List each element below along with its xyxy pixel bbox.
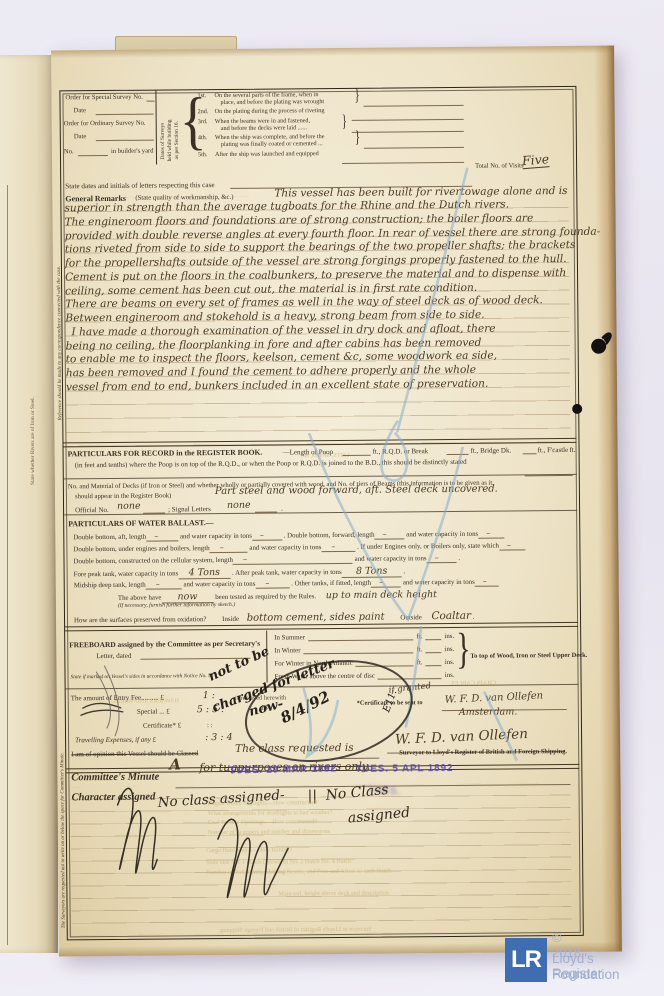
water-ballast-title: PARTICULARS OF WATER BALLAST.— [68, 518, 213, 528]
wb-r4c: . [403, 568, 405, 575]
certificate-sent-city: Amsterdam. [459, 706, 518, 718]
dates-of-surveys-vertical-1: Dates of Surveys [160, 123, 166, 160]
wb-sketch-note: (If necessary, furnish further informati… [118, 602, 235, 609]
special-fee-label: Special ... £ [137, 707, 170, 715]
visit-3-num: 3rd. [198, 118, 208, 125]
fb-summer-label: In Summer [274, 634, 305, 641]
official-no-blank [143, 505, 165, 513]
wb-r7-value2: Coaltar [423, 610, 471, 622]
left-page-border-line [7, 185, 8, 945]
class-requested-value: The class requested is [235, 742, 354, 755]
wb-r2c: . If under Engines only, or Boilers only… [357, 543, 499, 551]
fb-winter-label: In Winter [274, 647, 300, 654]
wb-tick: – [475, 577, 487, 586]
record-title: PARTICULARS FOR RECORD in the REGISTER B… [68, 448, 263, 459]
fb-na-blank [356, 659, 414, 667]
wb-r4b: . After peak tank, water capacity in ton… [232, 569, 342, 577]
special-survey-blank [146, 94, 154, 102]
fb-winter-blank [303, 646, 413, 654]
fb-na-blank2 [426, 659, 442, 666]
wb-tick: – [210, 543, 224, 552]
travel-fee-label: Travelling Expenses, if any £ [75, 736, 156, 745]
signal-letters-value: none [227, 500, 251, 511]
foundation-name-line2: Foundation [552, 967, 620, 982]
wb-tick: – [233, 555, 247, 564]
entry-fee-label: The amount of Entry Fee.......... £ [71, 694, 164, 703]
special-date-blank [96, 107, 154, 116]
wb-r4-value2: 8 Tons [356, 566, 387, 577]
visit-5-blank [342, 155, 464, 164]
freeboard-brace-note: To top of Wood, Iron or Steel Upper Deck… [470, 652, 587, 660]
fb-fresh-blank [378, 672, 442, 680]
class-requested-blank [339, 751, 379, 759]
record-seg4: ft., F'castle [538, 446, 569, 454]
fb-na-ins: ins. [445, 659, 455, 666]
special-date-label: Date [74, 107, 87, 114]
wb-r5-bl1: – [146, 579, 182, 589]
wb-r2b: and water capacity in tons [249, 544, 321, 552]
wb-r1c: . Double bottom, forward, length [284, 532, 375, 540]
ordinary-date-blank [96, 133, 154, 142]
visit-4-num: 4th. [198, 134, 208, 141]
record-blank2 [447, 447, 469, 455]
wb-r3-bl1: – [233, 554, 353, 565]
bleedthrough-skylights: Engine Room Skylights—How constructed? [208, 799, 318, 807]
wb-r3a: Double bottom, constructed on the cellul… [73, 557, 232, 565]
dates-of-surveys-vertical-2: held while building [167, 119, 173, 161]
record-seg5: ft. [570, 446, 576, 454]
wb-r5-bl4: – [475, 577, 499, 587]
visit-3-blank [352, 124, 464, 133]
visit-3-text2: and before the decks were laid ...... [221, 124, 307, 132]
visit-1-blank [363, 98, 463, 107]
official-no-value: none [117, 501, 141, 512]
visit-2-blank [352, 112, 464, 121]
wb-r3c: . [458, 555, 460, 562]
surveyor-caption: Surveyor to Lloyd's Register of British … [399, 748, 567, 756]
lr-logo-icon: LR [505, 938, 547, 982]
wb-r7-value: bottom cement, sides paint [241, 612, 385, 624]
fb-summer-blank [308, 633, 414, 641]
signal-letters-blank [255, 505, 277, 513]
visit-2-num: 2nd. [198, 108, 209, 115]
record-seg1: —Length of Poop [283, 448, 334, 456]
wb-tick: – [252, 531, 264, 540]
ordinary-date-label: Date [74, 133, 87, 140]
wb-r5-bl2: – [255, 578, 289, 588]
freeboard-label-2: Letter, dated [96, 652, 131, 660]
wb-r7c: Outside [386, 614, 421, 621]
ordinary-survey-label: Order for Ordinary Survey No. [64, 120, 146, 128]
record-blank3 [523, 446, 537, 454]
fb-winter-ins: ins. [445, 646, 455, 653]
wb-tick: – [146, 532, 158, 541]
decks-line2: should appear in the Register Book) [75, 492, 171, 500]
wb-tick: – [427, 553, 439, 562]
wb-r2-bl3: – [499, 540, 525, 550]
fb-summer-ft: ft. [416, 633, 422, 640]
wb-tick: – [478, 529, 490, 538]
photo-background: State whether Rivets are of Iron or Stee… [0, 0, 664, 996]
visit-1-text2: place, and before the plating was wrough… [220, 98, 324, 106]
builders-no-label: No. [64, 148, 74, 155]
bleedthrough-bunker-openings: Coal Bunker Openings.—How constructed? [208, 818, 317, 826]
bleedthrough-deadlights: What arrangements for deadlights in bad … [208, 809, 333, 817]
wb-tick: – [499, 540, 511, 549]
wb-r4a: Fore peak tank, water capacity in tons [74, 570, 179, 578]
special-survey-label: Order for Special Survey No. [65, 94, 143, 102]
fb-fresh-ins: ins. [445, 672, 455, 679]
wb-r5c: . Other tanks, if fitted, length [291, 580, 371, 588]
wb-tick: – [375, 530, 387, 539]
burnt-right-edge [594, 46, 622, 952]
visit-4-brace: } [355, 128, 360, 147]
visit-3-brace: } [342, 112, 347, 131]
freeboard-brace: } [456, 625, 471, 674]
record-blank1 [343, 448, 371, 456]
visit-1-num: 1st. [197, 92, 206, 99]
fb-na-ft: ft. [417, 659, 423, 666]
wb-r2-bl2: – [321, 542, 355, 552]
visit-2-text1: On the plating during the process of riv… [215, 107, 325, 115]
bleedthrough-main-rail: Main rail, height above deck and descrip… [278, 890, 389, 898]
date-stamp-5-apl: TUES. 5 APL 1892 [355, 763, 453, 775]
underlying-page-edge: State whether Rivets are of Iron or Stee… [0, 55, 58, 953]
wb-r4-value: 4 Tons [189, 567, 220, 578]
wb-r7a: How are the surfaces preserved from oxid… [74, 616, 206, 624]
fb-summer-ins: ins. [444, 633, 454, 640]
remarks-line-1: This vessel has been built for rivertowa… [274, 185, 567, 200]
wb-r7d: . [473, 614, 475, 621]
fb-summer-blank2 [425, 633, 441, 640]
certificate-fee-amount: : : [207, 721, 213, 729]
wb-r1b: and water capacity in tons [180, 533, 252, 541]
bleedthrough-scuppers: Number of Scuppers and number and dimens… [208, 828, 330, 836]
wb-r5a: Midship deep tank, length [74, 582, 146, 590]
visit-1-brace: } [354, 86, 359, 105]
wb-tick: – [371, 578, 383, 587]
wb-r6b: been tested as required by the Rules. [215, 593, 316, 601]
wb-r1-bl4: – [478, 529, 504, 539]
fb-winter-ft: ft. [417, 646, 423, 653]
builders-no-blank [78, 148, 108, 156]
total-visits-label: Total No. of Visits [475, 162, 524, 169]
certificate-fee-label: Certificate* £ [143, 721, 181, 729]
travel-fee-amount: : 3 : 4 [205, 732, 233, 743]
record-seg3: ft., Bridge Dk. [471, 446, 512, 454]
total-visits-value: Five [521, 151, 549, 169]
committee-minute-label: Committee's Minute [71, 772, 159, 784]
wb-r2a: Double bottom, under engines and boilers… [73, 545, 209, 553]
date-stamp-29-mar: TUES. 29 MAR 1892 [229, 763, 337, 776]
fb-winter-blank2 [426, 646, 442, 653]
character-assigned-label: Character assigned [72, 792, 156, 804]
wb-r7b: Inside [208, 616, 239, 623]
bleedthrough-hatchways: Cargo Hatchways.—How formed? [206, 846, 292, 854]
wb-r3b: and water capacity in tons [355, 555, 427, 563]
wb-r1-bl1: – [146, 531, 178, 541]
wb-r5b: and water capacity in tons [183, 581, 255, 589]
bleedthrough-hatch-sizes: State size No. 1 Hatch (Forward) No. 2 H… [206, 858, 351, 866]
wb-r1d: and water capacity in tons [406, 531, 478, 539]
wb-r2-bl1: – [210, 543, 248, 553]
builders-yard-label: in builder's yard [111, 148, 154, 155]
wb-tick: – [255, 579, 269, 588]
freeboard-note: State if marked on Vessel's sides in acc… [71, 673, 214, 680]
visit-4-text2: plating was finally coated or cemented .… [221, 140, 323, 148]
wb-r1a: Double bottom, aft, length [73, 534, 146, 542]
wb-r1-bl3: – [375, 529, 405, 539]
wb-r5-bl3: – [371, 577, 401, 587]
record-seg2: ft., R.Q.D. or Break [373, 447, 429, 455]
visit-5-text1: After the ship was launched and equipped [215, 150, 319, 158]
lr-monogram: LR [511, 946, 541, 974]
wb-r6a: The above have [118, 595, 162, 602]
freeboard-label-1: FREEBOARD assigned by the Committee as p… [69, 639, 260, 650]
wb-r3-bl2: – [427, 553, 457, 563]
left-page-vertical-text: State whether Rivets are of Iron or Stee… [30, 397, 36, 485]
wb-r6-value: now [177, 591, 197, 602]
case-line-label: State dates and initials of letters resp… [65, 181, 214, 190]
wb-r4-bl2: 8 Tons [342, 565, 402, 578]
wb-r6-value2: up to main deck height [318, 589, 437, 601]
survey-form-page: Reference should be made to any correspo… [51, 46, 622, 957]
signal-dot: . [281, 504, 283, 512]
wb-r5d: and water capacity in tons [403, 579, 475, 587]
visit-5-num: 5th. [198, 151, 208, 158]
bleedthrough-surveyor-line: Surveyor to Lloyd's Register of British … [219, 926, 372, 934]
wb-tick: – [146, 580, 160, 589]
wb-r4-bl1: 4 Tons [178, 567, 230, 579]
wb-tick: – [321, 542, 335, 551]
visit-4-blank [364, 140, 464, 149]
wb-r1-bl2: – [252, 530, 282, 540]
